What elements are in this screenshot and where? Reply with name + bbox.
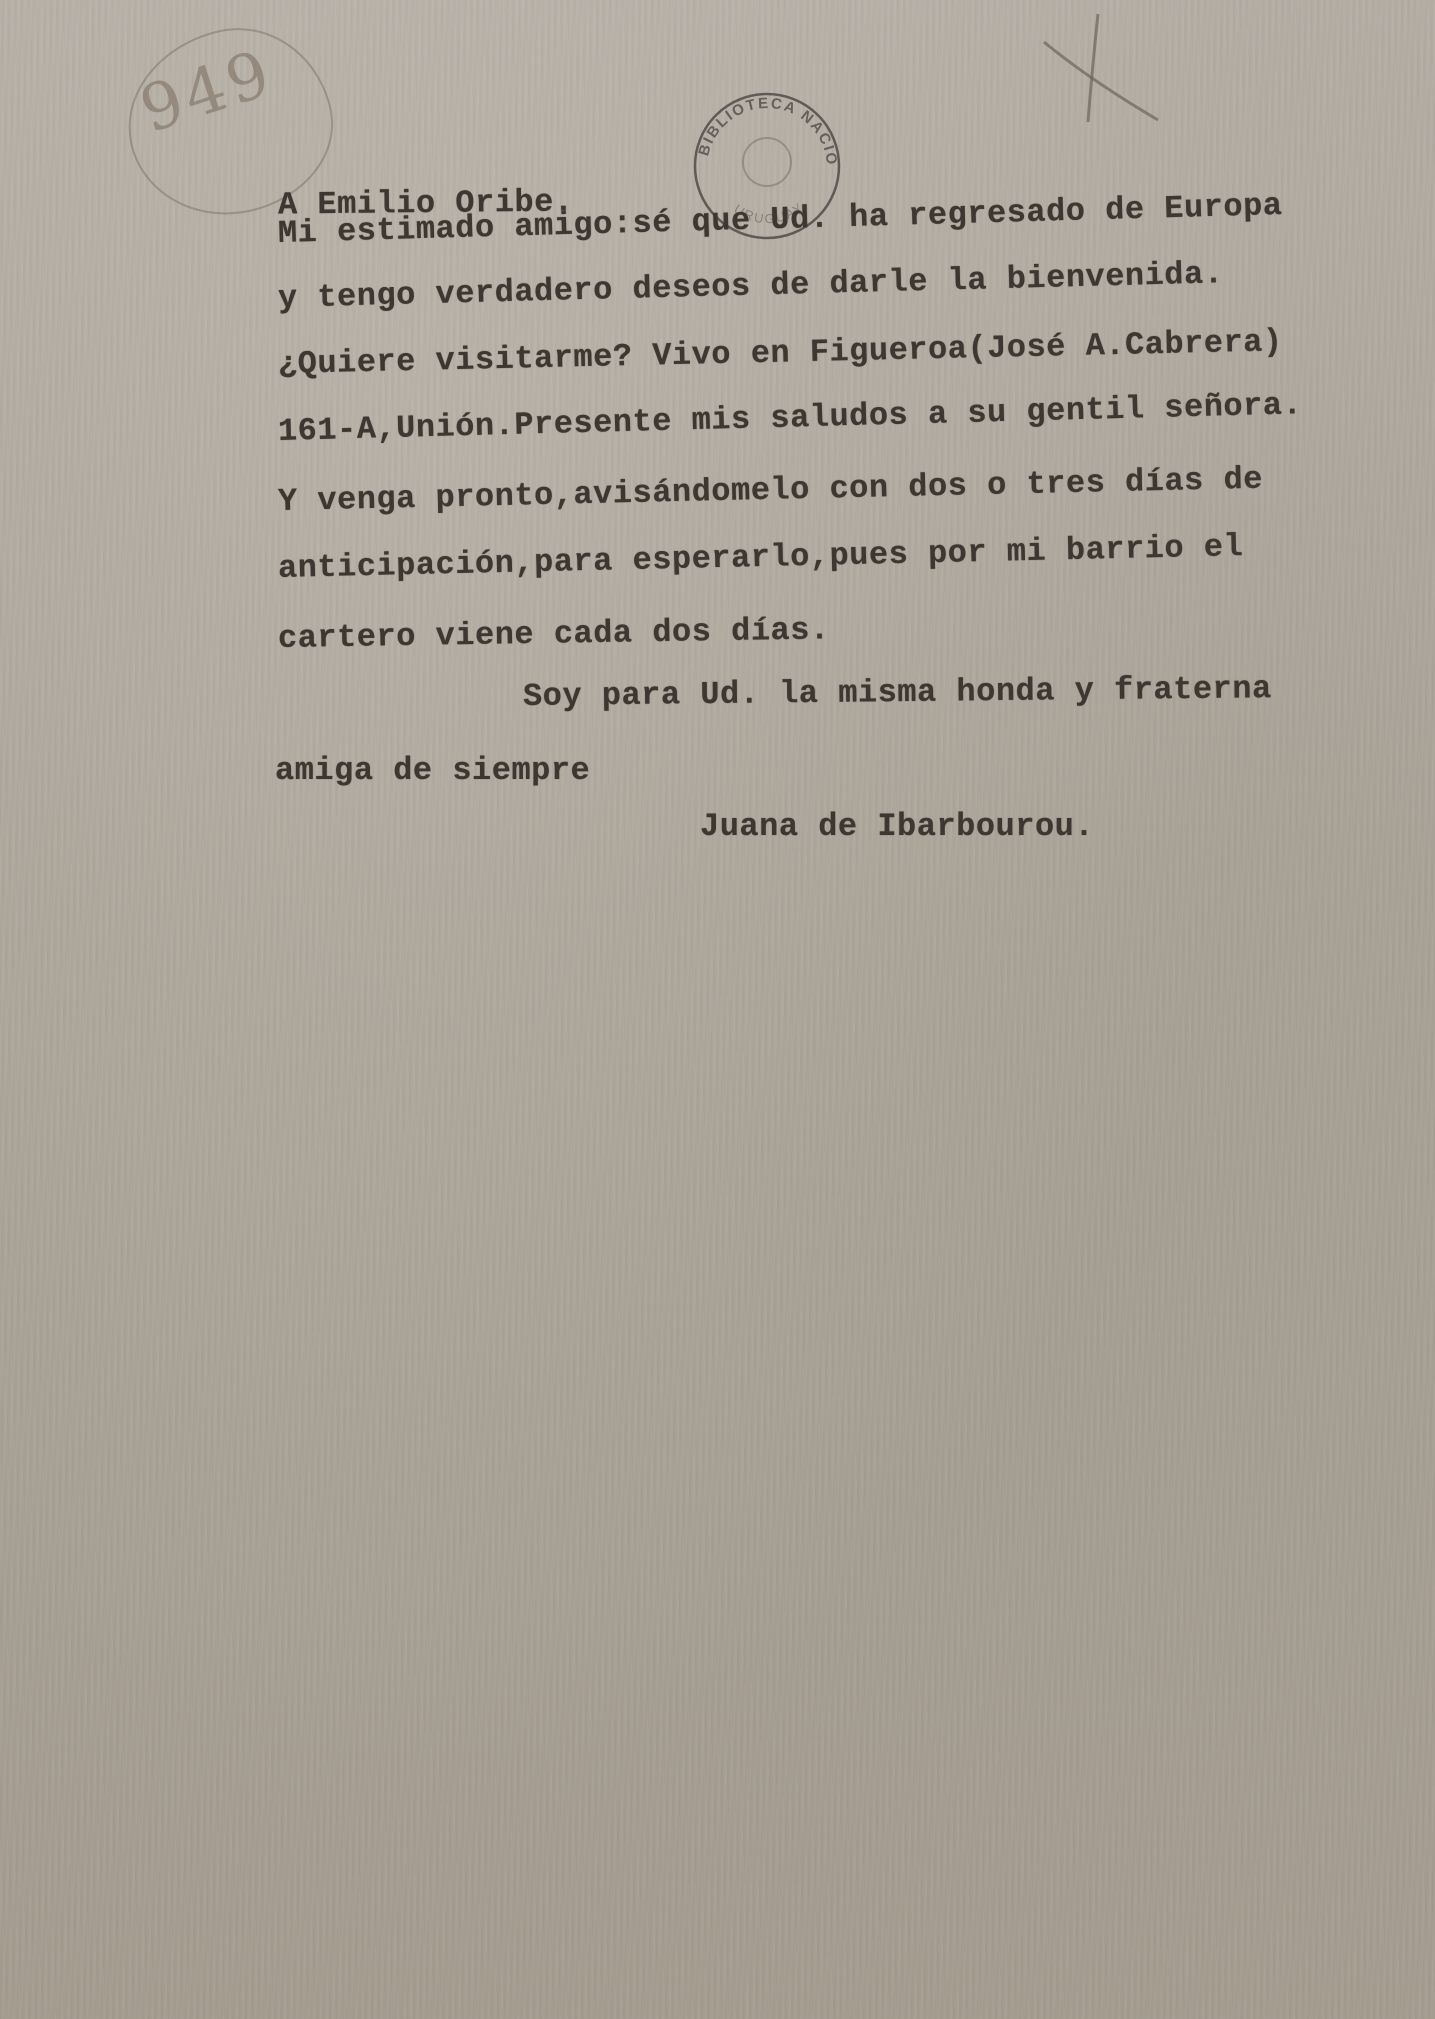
letter-page: 949 BIBLIOTECA NACIONAL URUGUAY A Emilio… — [0, 0, 1435, 2019]
letter-line-3: ¿Quiere visitarme? Vivo en Figueroa(José… — [278, 323, 1283, 383]
letter-line-6: anticipación,para esperarlo,pues por mi … — [278, 528, 1244, 587]
letter-line-4: 161-A,Unión.Presente mis saludos a su ge… — [278, 386, 1303, 450]
letter-signature: Juana de Ibarbourou. — [700, 808, 1094, 845]
letter-closing-line-2: amiga de siempre — [275, 752, 590, 789]
letter-line-5: Y venga pronto,avisándomelo con dos o tr… — [278, 461, 1264, 520]
letter-line-7: cartero viene cada dos días. — [278, 611, 830, 657]
pencil-x-mark — [1030, 10, 1170, 130]
letter-closing-line-1: Soy para Ud. la misma honda y fraterna — [523, 670, 1272, 715]
letter-line-2: y tengo verdadero deseos de darle la bie… — [278, 255, 1224, 317]
